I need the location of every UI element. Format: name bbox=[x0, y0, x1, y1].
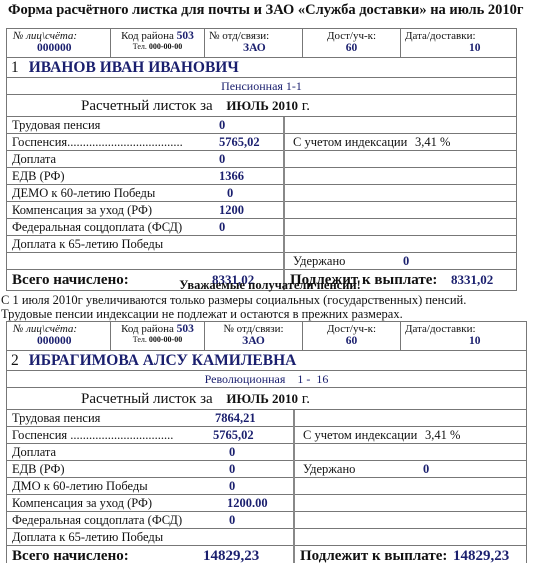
indexation-row: С учетом индексации3,41 % bbox=[285, 134, 516, 151]
empty-row bbox=[295, 410, 526, 427]
indexation-value: 3,41 % bbox=[415, 134, 450, 150]
to-pay-value: 14829,23 bbox=[453, 546, 509, 563]
empty-row bbox=[295, 444, 526, 461]
notice-heading: Уважаемые получатели пенсии! bbox=[0, 278, 540, 293]
accrual-row: Федеральная соцдоплата (ФСД)0 bbox=[7, 512, 293, 529]
accrual-value: 0 bbox=[229, 461, 235, 477]
accrual-label: Федеральная соцдоплата (ФСД) bbox=[12, 512, 182, 528]
empty-row bbox=[295, 495, 526, 512]
accrual-value: 0 bbox=[229, 478, 235, 494]
accrual-row: Трудовая пенсия7864,21 bbox=[7, 410, 293, 427]
accrual-value: 0 bbox=[229, 444, 235, 460]
accrual-value: 1200.00 bbox=[227, 495, 268, 511]
accrual-row: Доплата0 bbox=[7, 151, 283, 168]
slip-header: № лиц\счёта: 000000 Код района 503 Тел. … bbox=[7, 322, 526, 351]
accrual-label: Доплата bbox=[12, 151, 56, 167]
recipient-name-row: 1ИВАНОВ ИВАН ИВАНОВИЧ bbox=[7, 58, 516, 78]
empty-row bbox=[285, 236, 516, 253]
account-value: 000000 bbox=[13, 335, 110, 347]
empty-row bbox=[285, 219, 516, 236]
withheld-value: 0 bbox=[403, 253, 409, 269]
accrual-label: Трудовая пенсия bbox=[12, 117, 100, 133]
delivery-date-label: Дата/доставки: bbox=[405, 323, 526, 335]
accrual-label: Госпенсия ..............................… bbox=[12, 427, 173, 443]
phone-label: Тел. bbox=[133, 42, 147, 51]
office-label: № отд/связи: bbox=[209, 30, 302, 42]
district-cell: Код района 503 Тел. 000-00-00 bbox=[111, 322, 205, 350]
accrual-row: Доплата к 65-летию Победы bbox=[7, 529, 293, 546]
accrual-label: Доплата bbox=[12, 444, 56, 460]
delivery-section-label: Дост/уч-к: bbox=[303, 323, 400, 335]
withheld-value: 0 bbox=[423, 461, 429, 477]
summary-column: С учетом индексации3,41 % Удержано0 Подл… bbox=[285, 117, 516, 290]
account-label: № лиц\счёта: bbox=[13, 30, 110, 42]
accrual-label: Доплата к 65-летию Победы bbox=[12, 236, 163, 252]
notice-line-1: С 1 июля 2010г увеличиваются только разм… bbox=[1, 293, 466, 308]
recipient-address: Революционная 1 - 16 bbox=[7, 371, 526, 388]
recipient-number: 1 bbox=[11, 59, 19, 76]
accrual-value: 0 bbox=[219, 117, 225, 133]
indexation-value: 3,41 % bbox=[425, 427, 460, 443]
accrual-label: ЕДВ (РФ) bbox=[12, 461, 65, 477]
accrual-row: Госпенсия ..............................… bbox=[7, 427, 293, 444]
accrual-row: ЕДВ (РФ)1366 bbox=[7, 168, 283, 185]
district-cell: Код района 503 Тел. 000-00-00 bbox=[111, 29, 205, 57]
accrual-label: Госпенсия...............................… bbox=[12, 134, 183, 150]
accrual-row: ЕДВ (РФ)0 bbox=[7, 461, 293, 478]
period-row: Расчетный листок за ИЮЛЬ 2010 г. bbox=[7, 95, 516, 117]
accrual-row: ДЕМО к 60-летию Победы0 bbox=[7, 185, 283, 202]
payslip-2: № лиц\счёта: 000000 Код района 503 Тел. … bbox=[6, 321, 527, 563]
office-label: № отд/связи: bbox=[205, 323, 302, 335]
period-row: Расчетный листок за ИЮЛЬ 2010 г. bbox=[7, 388, 526, 410]
period-value: ИЮЛЬ 2010 bbox=[226, 391, 298, 406]
accrual-value: 1366 bbox=[219, 168, 244, 184]
accrual-value: 0 bbox=[227, 185, 233, 201]
account-label: № лиц\счёта: bbox=[13, 323, 110, 335]
period-prefix: Расчетный листок за bbox=[81, 391, 213, 407]
indexation-row: С учетом индексации3,41 % bbox=[295, 427, 526, 444]
account-value: 000000 bbox=[13, 42, 110, 54]
office-cell: № отд/связи: ЗАО bbox=[205, 29, 303, 57]
phone-value: 000-00-00 bbox=[149, 42, 182, 51]
district-value: 503 bbox=[177, 30, 194, 42]
recipient-address: Пенсионная 1-1 bbox=[7, 78, 516, 95]
account-cell: № лиц\счёта: 000000 bbox=[7, 322, 111, 350]
empty-row bbox=[285, 117, 516, 134]
indexation-label: С учетом индексации bbox=[293, 134, 407, 150]
accrual-row: Доплата к 65-летию Победы bbox=[7, 236, 283, 253]
slip-header: № лиц\счёта: 000000 Код района 503 Тел. … bbox=[7, 29, 516, 58]
accrual-value: 1200 bbox=[219, 202, 244, 218]
accrual-row: Компенсация за уход (РФ)1200.00 bbox=[7, 495, 293, 512]
accrual-label: Компенсация за уход (РФ) bbox=[12, 202, 152, 218]
recipient-number: 2 bbox=[11, 352, 19, 369]
recipient-name: ИВАНОВ ИВАН ИВАНОВИЧ bbox=[29, 59, 239, 76]
total-accrued-label: Всего начислено: bbox=[12, 546, 129, 563]
district-value: 503 bbox=[177, 323, 194, 335]
to-pay-label: Подлежит к выплате: bbox=[300, 546, 447, 563]
period-prefix: Расчетный листок за bbox=[81, 98, 213, 114]
account-cell: № лиц\счёта: 000000 bbox=[7, 29, 111, 57]
indexation-label: С учетом индексации bbox=[303, 427, 417, 443]
delivery-date-label: Дата/доставки: bbox=[405, 30, 516, 42]
summary-column: С учетом индексации3,41 % Удержано0 Подл… bbox=[295, 410, 526, 563]
accrual-label: Компенсация за уход (РФ) bbox=[12, 495, 152, 511]
to-pay-row: Подлежит к выплате:14829,23 bbox=[295, 546, 526, 563]
period-suffix: г. bbox=[302, 391, 310, 407]
office-value: ЗАО bbox=[205, 335, 302, 347]
empty-row bbox=[295, 529, 526, 546]
total-accrued-row: Всего начислено:14829,23 bbox=[7, 546, 293, 563]
office-value: ЗАО bbox=[209, 42, 302, 54]
district-label: Код района bbox=[121, 30, 174, 42]
accrual-value: 7864,21 bbox=[215, 410, 256, 426]
delivery-date-cell: Дата/доставки: 10 bbox=[401, 322, 526, 350]
withheld-label: Удержано bbox=[303, 461, 355, 477]
recipient-name-row: 2ИБРАГИМОВА АЛСУ КАМИЛЕВНА bbox=[7, 351, 526, 371]
accrual-label: ЕДВ (РФ) bbox=[12, 168, 65, 184]
accrual-row: Доплата0 bbox=[7, 444, 293, 461]
accrual-row: Компенсация за уход (РФ)1200 bbox=[7, 202, 283, 219]
empty-row bbox=[295, 478, 526, 495]
empty-row bbox=[7, 253, 283, 270]
delivery-section-value: 60 bbox=[303, 42, 400, 54]
accruals-column: Трудовая пенсия7864,21 Госпенсия .......… bbox=[7, 410, 295, 563]
delivery-date-cell: Дата/доставки: 10 bbox=[401, 29, 516, 57]
delivery-section-cell: Дост/уч-к: 60 bbox=[303, 322, 401, 350]
accrual-value: 0 bbox=[219, 151, 225, 167]
delivery-section-value: 60 bbox=[303, 335, 400, 347]
accrual-label: Трудовая пенсия bbox=[12, 410, 100, 426]
page-title: Форма расчётного листка для почты и ЗАО … bbox=[8, 2, 524, 19]
accrual-row: Федеральная соцдоплата (ФСД)0 bbox=[7, 219, 283, 236]
delivery-date-value: 10 bbox=[405, 335, 526, 347]
total-accrued-value: 14829,23 bbox=[203, 546, 259, 563]
withheld-row: Удержано0 bbox=[285, 253, 516, 270]
withheld-label: Удержано bbox=[293, 253, 345, 269]
phone-value: 000-00-00 bbox=[149, 335, 182, 344]
accrual-label: Федеральная соцдоплата (ФСД) bbox=[12, 219, 182, 235]
accruals-column: Трудовая пенсия0 Госпенсия..............… bbox=[7, 117, 285, 290]
empty-row bbox=[285, 185, 516, 202]
recipient-name: ИБРАГИМОВА АЛСУ КАМИЛЕВНА bbox=[29, 352, 297, 369]
district-label: Код района bbox=[121, 323, 174, 335]
period-suffix: г. bbox=[302, 98, 310, 114]
delivery-section-cell: Дост/уч-к: 60 bbox=[303, 29, 401, 57]
delivery-date-value: 10 bbox=[405, 42, 516, 54]
accrual-value: 5765,02 bbox=[219, 134, 260, 150]
accrual-label: ДМО к 60-летию Победы bbox=[12, 478, 148, 494]
phone-label: Тел. bbox=[133, 335, 147, 344]
empty-row bbox=[295, 512, 526, 529]
empty-row bbox=[285, 202, 516, 219]
office-cell: № отд/связи: ЗАО bbox=[205, 322, 303, 350]
period-value: ИЮЛЬ 2010 bbox=[226, 98, 298, 113]
withheld-row: Удержано0 bbox=[295, 461, 526, 478]
accrual-row: Трудовая пенсия0 bbox=[7, 117, 283, 134]
accrual-value: 0 bbox=[229, 512, 235, 528]
accrual-label: Доплата к 65-летию Победы bbox=[12, 529, 163, 545]
empty-row bbox=[285, 168, 516, 185]
delivery-section-label: Дост/уч-к: bbox=[303, 30, 400, 42]
accrual-value: 5765,02 bbox=[213, 427, 254, 443]
accrual-row: Госпенсия...............................… bbox=[7, 134, 283, 151]
payslip-1: № лиц\счёта: 000000 Код района 503 Тел. … bbox=[6, 28, 517, 291]
notice-line-2: Трудовые пенсии индексации не подлежат и… bbox=[1, 307, 403, 322]
empty-row bbox=[285, 151, 516, 168]
accrual-value: 0 bbox=[219, 219, 225, 235]
accrual-row: ДМО к 60-летию Победы0 bbox=[7, 478, 293, 495]
accrual-label: ДЕМО к 60-летию Победы bbox=[12, 185, 155, 201]
